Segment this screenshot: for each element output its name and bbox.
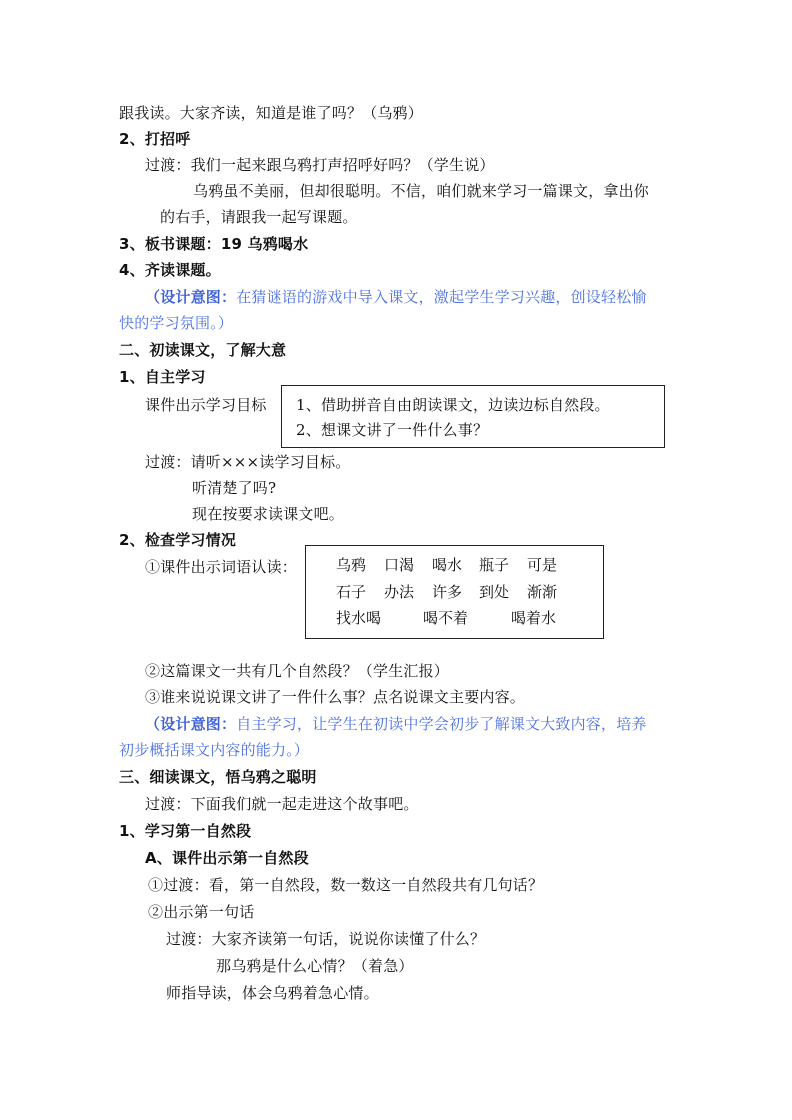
vocab-row: 石子 办法 许多 到处 渐渐 [336,582,596,602]
goals-label: 课件出示学习目标 [145,395,267,415]
subheading: 2、打招呼 [119,129,190,149]
paragraph-line: 过渡：我们一起来跟乌鸦打声招呼好吗？（学生说） [145,155,495,175]
vocab-word: 喝不着 [423,608,468,628]
goal-item: 1、借助拼音自由朗读课文，边读边标自然段。 [296,395,610,415]
design-intent-note: （设计意图：在猜谜语的游戏中导入课文，激起学生学习兴趣，创设轻松愉 [145,287,647,307]
subheading: A、课件出示第一自然段 [145,848,309,868]
design-intent-label: （设计意图： [145,288,236,306]
learning-goals-box: 1、借助拼音自由朗读课文，边读边标自然段。 2、想课文讲了一件什么事？ [281,385,665,448]
vocabulary-box: 乌鸦 口渴 喝水 瓶子 可是 石子 办法 许多 到处 渐渐 找水喝 喝不着 喝着… [305,545,604,639]
paragraph-line: ①过渡：看，第一自然段，数一数这一自然段共有几句话？ [148,875,543,895]
paragraph-line: 师指导读，体会乌鸦着急心情。 [166,983,379,1003]
vocab-word: 乌鸦 [336,555,366,575]
design-intent-text: 自主学习，让学生在初读中学会初步了解课文大致内容，培养 [236,715,646,733]
goal-item: 2、想课文讲了一件什么事？ [296,420,488,440]
vocab-label: ①课件出示词语认读： [145,557,297,577]
vocab-word: 口渴 [384,555,414,575]
vocab-word: 石子 [336,582,366,602]
vocab-word: 找水喝 [336,608,381,628]
vocab-word: 喝着水 [511,608,556,628]
subheading: 1、学习第一自然段 [119,821,251,841]
paragraph-line: 过渡：下面我们就一起走进这个故事吧。 [145,794,419,814]
subheading: 3、板书课题：19 乌鸦喝水 [119,234,308,254]
design-intent-label: （设计意图： [145,715,236,733]
paragraph-line: ②这篇课文一共有几个自然段？（学生汇报） [145,661,449,681]
paragraph-line: 乌鸦虽不美丽，但却很聪明。不信，咱们就来学习一篇课文，拿出你 [193,181,649,201]
vocab-word: 到处 [479,582,509,602]
section-heading: 二、初读课文，了解大意 [119,340,286,360]
design-intent-note-cont: 快的学习氛围。） [119,313,233,333]
subheading: 4、齐读课题。 [119,260,221,280]
vocab-word: 可是 [527,555,557,575]
paragraph-line: 那乌鸦是什么心情？（着急） [216,956,414,976]
design-intent-note-cont: 初步概括课文内容的能力。） [119,740,309,760]
paragraph-line: 跟我读。大家齐读，知道是谁了吗？（乌鸦） [119,103,423,123]
paragraph-line: ③谁来说说课文讲了一件什么事？点名说课文主要内容。 [145,687,525,707]
design-intent-text: 在猜谜语的游戏中导入课文，激起学生学习兴趣，创设轻松愉 [236,288,646,306]
vocab-row: 找水喝 喝不着 喝着水 [336,608,596,628]
paragraph-line: ②出示第一句话 [148,902,254,922]
vocab-row: 乌鸦 口渴 喝水 瓶子 可是 [336,555,596,575]
paragraph-line: 过渡：请听×××读学习目标。 [145,452,351,472]
design-intent-note: （设计意图：自主学习，让学生在初读中学会初步了解课文大致内容，培养 [145,714,647,734]
paragraph-line: 过渡：大家齐读第一句话，说说你读懂了什么？ [166,929,485,949]
document-page: 跟我读。大家齐读，知道是谁了吗？（乌鸦） 2、打招呼 过渡：我们一起来跟乌鸦打声… [0,0,792,1120]
paragraph-line: 听清楚了吗? [192,478,276,498]
subheading: 2、检查学习情况 [119,530,236,550]
vocab-word: 瓶子 [479,555,509,575]
subheading: 1、自主学习 [119,367,206,387]
paragraph-line: 的右手，请跟我一起写课题。 [160,207,358,227]
vocab-word: 喝水 [432,555,462,575]
section-heading: 三、细读课文，悟乌鸦之聪明 [119,767,317,787]
vocab-word: 渐渐 [527,582,557,602]
paragraph-line: 现在按要求读课文吧。 [192,504,344,524]
vocab-word: 办法 [384,582,414,602]
vocab-word: 许多 [432,582,462,602]
